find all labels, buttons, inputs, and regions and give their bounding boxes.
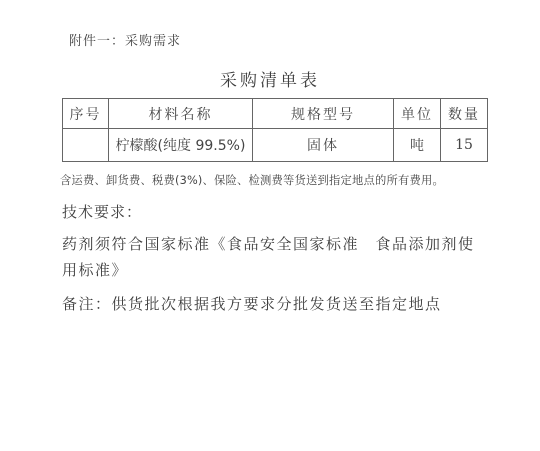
- table-row: 柠檬酸(纯度 99.5%) 固体 吨 15: [63, 129, 488, 162]
- header-unit: 单位: [394, 99, 441, 129]
- cell-spec-model: 固体: [253, 129, 394, 162]
- tech-requirements-heading: 技术要求：: [62, 201, 142, 222]
- remark-note: 备注：供货批次根据我方要求分批发货送至指定地点: [62, 293, 442, 314]
- header-quantity: 数量: [441, 99, 488, 129]
- purchase-list-table: 序号 材料名称 规格型号 单位 数量 柠檬酸(纯度 99.5%) 固体 吨 15: [62, 98, 488, 162]
- cell-quantity: 15: [441, 129, 488, 162]
- header-seq: 序号: [63, 99, 109, 129]
- document-title: 采购清单表: [0, 66, 540, 91]
- header-spec-model: 规格型号: [253, 99, 394, 129]
- cell-material-name: 柠檬酸(纯度 99.5%): [109, 129, 253, 162]
- header-material-name: 材料名称: [109, 99, 253, 129]
- cell-unit: 吨: [394, 129, 441, 162]
- attachment-heading: 附件一：采购需求: [69, 30, 181, 49]
- cell-seq: [63, 129, 109, 162]
- table-header-row: 序号 材料名称 规格型号 单位 数量: [63, 99, 488, 129]
- tech-requirements-body: 药剂须符合国家标准《食品安全国家标准 食品添加剂使用标准》: [62, 231, 482, 283]
- fee-note: 含运费、卸货费、税费(3%)、保险、检测费等货送到指定地点的所有费用。: [60, 172, 444, 188]
